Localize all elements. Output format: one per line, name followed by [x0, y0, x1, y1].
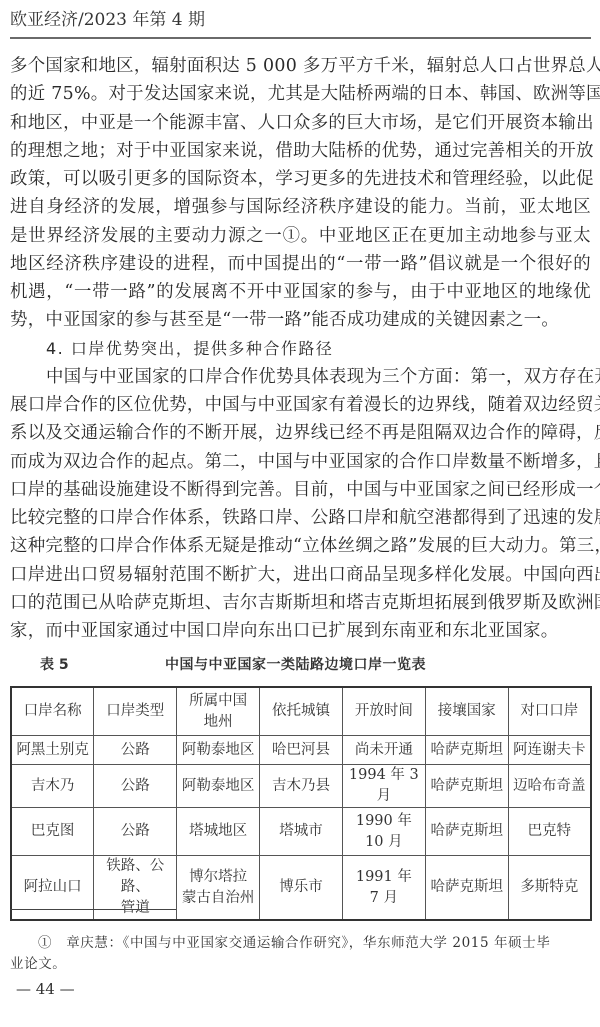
- cell: 公路: [94, 736, 177, 765]
- header-cell: 口岸类型: [94, 687, 177, 736]
- table-row: 巴克图 公路 塔城地区 塔城市 1990 年 10 月 哈萨克斯坦 巴克特: [11, 808, 591, 856]
- cell: 哈萨克斯坦: [425, 808, 508, 856]
- footnote-line: 业论文。: [10, 954, 591, 975]
- body-line: 比较完整的口岸合作体系，铁路口岸、公路口岸和航空港都得到了迅速的发展，: [10, 504, 591, 532]
- cell: 阿勒泰地区: [177, 736, 260, 765]
- body-line: 系以及交通运输合作的不断开展，边界线已经不再是阻隔双边合作的障碍，反: [10, 419, 591, 447]
- body-line: 展口岸合作的区位优势，中国与中亚国家有着漫长的边界线，随着双边经贸关: [10, 391, 591, 419]
- table-title: 中国与中亚国家一类陆路边境口岸一览表: [165, 654, 426, 674]
- body-line: 是世界经济发展的主要动力源之一①。中亚地区正在更加主动地参与亚太: [10, 222, 591, 250]
- cell: 1990 年 10 月: [342, 808, 425, 856]
- body-line: 和地区，中亚是一个能源丰富、人口众多的巨大市场，是它们开展资本输出: [10, 109, 591, 137]
- running-head: 欧亚经济/2023 年第 4 期: [10, 5, 591, 39]
- header-cell: 依托城镇: [260, 687, 343, 736]
- cell: 哈巴河县: [260, 736, 343, 765]
- cell: 吉木乃: [11, 765, 94, 808]
- body-line: 口岸的基础设施建设不断得到完善。目前，中国与中亚国家之间已经形成一个: [10, 476, 591, 504]
- body-line: 中国与中亚国家的口岸合作优势具体表现为三个方面：第一，双方存在开: [10, 363, 591, 391]
- header-cell: 开放时间: [342, 687, 425, 736]
- body-line: 口岸进出口贸易辐射范围不断扩大，进出口商品呈现多样化发展。中国向西出: [10, 561, 591, 589]
- cell: 哈萨克斯坦: [425, 736, 508, 765]
- header-cell: 所属中国 地州: [177, 687, 260, 736]
- footnote: ① 章庆慧：《中国与中亚国家交通运输合作研究》，华东师范大学 2015 年硕士毕…: [10, 933, 591, 975]
- cell: 迈哈布奇盖: [508, 765, 591, 808]
- cell: 阿勒泰地区: [177, 765, 260, 808]
- cell: 塔城市: [260, 808, 343, 856]
- cell: 阿黑土别克: [11, 736, 94, 765]
- table-row: 阿黑土别克 公路 阿勒泰地区 哈巴河县 尚未开通 哈萨克斯坦 阿连谢夫卡: [11, 736, 591, 765]
- cell: 哈萨克斯坦: [425, 765, 508, 808]
- cell: 铁路、公路、 管道: [94, 856, 177, 921]
- cell: 哈萨克斯坦: [425, 856, 508, 921]
- body-line: 而成为双边合作的起点。第二，中国与中亚国家的合作口岸数量不断增多，且: [10, 448, 591, 476]
- body-line: 地区经济秩序建设的进程，而中国提出的“一带一路”倡议就是一个很好的: [10, 250, 591, 278]
- cell: 博尔塔拉 蒙古自治州: [177, 856, 260, 921]
- table-header-row: 口岸名称 口岸类型 所属中国 地州 依托城镇 开放时间 接壤国家 对口口岸: [11, 687, 591, 736]
- page-number: — 44 —: [16, 980, 75, 998]
- cell: 阿拉山口: [11, 856, 94, 921]
- table-row: 阿拉山口 铁路、公路、 管道 博尔塔拉 蒙古自治州 博乐市 1991 年 7 月…: [11, 856, 591, 921]
- ports-table: 口岸名称 口岸类型 所属中国 地州 依托城镇 开放时间 接壤国家 对口口岸 阿黑…: [10, 686, 592, 921]
- cell: 吉木乃县: [260, 765, 343, 808]
- footnote-line: ① 章庆慧：《中国与中亚国家交通运输合作研究》，华东师范大学 2015 年硕士毕: [10, 933, 591, 954]
- body-line: 这种完整的口岸合作体系无疑是推动“立体丝绸之路”发展的巨大动力。第三，: [10, 532, 591, 560]
- body-line: 口的范围已从哈萨克斯坦、吉尔吉斯斯坦和塔吉克斯坦拓展到俄罗斯及欧洲国: [10, 589, 591, 617]
- cell: 1994 年 3 月: [342, 765, 425, 808]
- cell: 塔城地区: [177, 808, 260, 856]
- body-line: 家，而中亚国家通过中国口岸向东出口已扩展到东南亚和东北亚国家。: [10, 617, 591, 645]
- body-line: 进自身经济的发展，增强参与国际经济秩序建设的能力。当前，亚太地区: [10, 193, 591, 221]
- header-cell: 接壤国家: [425, 687, 508, 736]
- cell: 公路: [94, 765, 177, 808]
- section-heading: 4. 口岸优势突出，提供多种合作路径: [10, 335, 591, 363]
- body-line: 的近 75%。对于发达国家来说，尤其是大陆桥两端的日本、韩国、欧洲等国家: [10, 80, 591, 108]
- table-number: 表 5: [40, 654, 69, 674]
- body-line: 多个国家和地区，辐射面积达 5 000 多万平方千米，辐射总人口占世界总人口: [10, 52, 591, 80]
- table-caption: 表 5 中国与中亚国家一类陆路边境口岸一览表: [0, 652, 600, 676]
- header-cell: 对口口岸: [508, 687, 591, 736]
- body-text: 多个国家和地区，辐射面积达 5 000 多万平方千米，辐射总人口占世界总人口 的…: [10, 52, 591, 645]
- body-line: 政策，可以吸引更多的国际资本，学习更多的先进技术和管理经验，以此促: [10, 165, 591, 193]
- body-line: 机遇，“一带一路”的发展离不开中亚国家的参与，由于中亚地区的地缘优: [10, 278, 591, 306]
- table-row: 吉木乃 公路 阿勒泰地区 吉木乃县 1994 年 3 月 哈萨克斯坦 迈哈布奇盖: [11, 765, 591, 808]
- header-cell: 口岸名称: [11, 687, 94, 736]
- cell: 巴克特: [508, 808, 591, 856]
- cell: 公路: [94, 808, 177, 856]
- cell: 阿连谢夫卡: [508, 736, 591, 765]
- footnote-divider: [10, 909, 176, 910]
- cell: 博乐市: [260, 856, 343, 921]
- cell: 1991 年 7 月: [342, 856, 425, 921]
- cell: 巴克图: [11, 808, 94, 856]
- cell: 多斯特克: [508, 856, 591, 921]
- body-line: 的理想之地；对于中亚国家来说，借助大陆桥的优势，通过完善相关的开放: [10, 137, 591, 165]
- body-line: 势，中亚国家的参与甚至是“一带一路”能否成功建成的关键因素之一。: [10, 306, 591, 334]
- cell: 尚未开通: [342, 736, 425, 765]
